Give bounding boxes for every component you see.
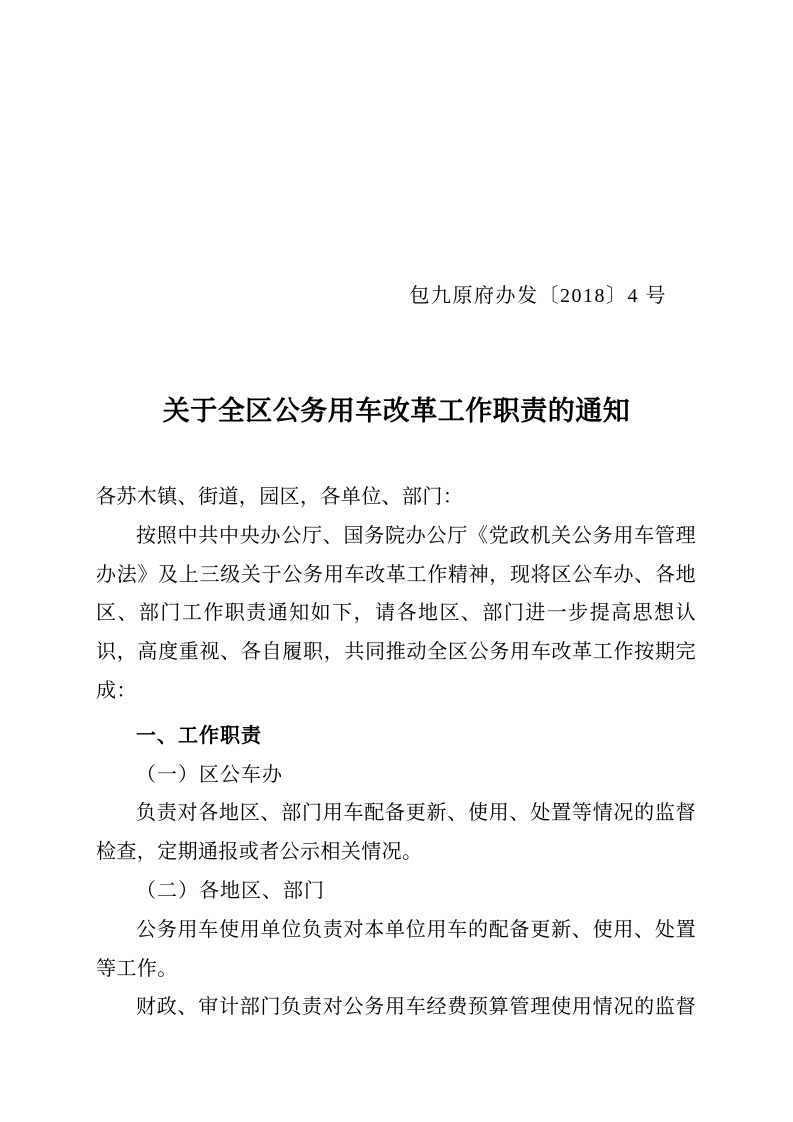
doc-number: 包九原府办发〔2018〕4 号 <box>0 284 667 308</box>
subsection-2-paragraph-1: 公务用车使用单位负责对本单位用车的配备更新、使用、处置等工作。 <box>96 911 696 989</box>
document-title: 关于全区公务用车改革工作职责的通知 <box>0 394 793 428</box>
document-body: 各苏木镇、街道，园区，各单位、部门： 按照中共中央办公厅、国务院办公厅《党政机关… <box>96 478 696 1027</box>
document-page: 包九原府办发〔2018〕4 号 关于全区公务用车改革工作职责的通知 各苏木镇、街… <box>0 0 793 1122</box>
subsection-2-paragraph-2: 财政、审计部门负责对公务用车经费预算管理使用情况的监督 <box>96 988 696 1027</box>
section-1-heading: 一、工作职责 <box>96 717 696 756</box>
subsection-2-heading: （二）各地区、部门 <box>96 872 696 911</box>
subsection-1-paragraph: 负责对各地区、部门用车配备更新、使用、处置等情况的监督检查，定期通报或者公示相关… <box>96 794 696 872</box>
subsection-1-heading: （一）区公车办 <box>96 756 696 795</box>
salutation-line: 各苏木镇、街道，园区，各单位、部门： <box>96 478 696 517</box>
intro-paragraph: 按照中共中央办公厅、国务院办公厅《党政机关公务用车管理办法》及上三级关于公务用车… <box>96 517 696 711</box>
